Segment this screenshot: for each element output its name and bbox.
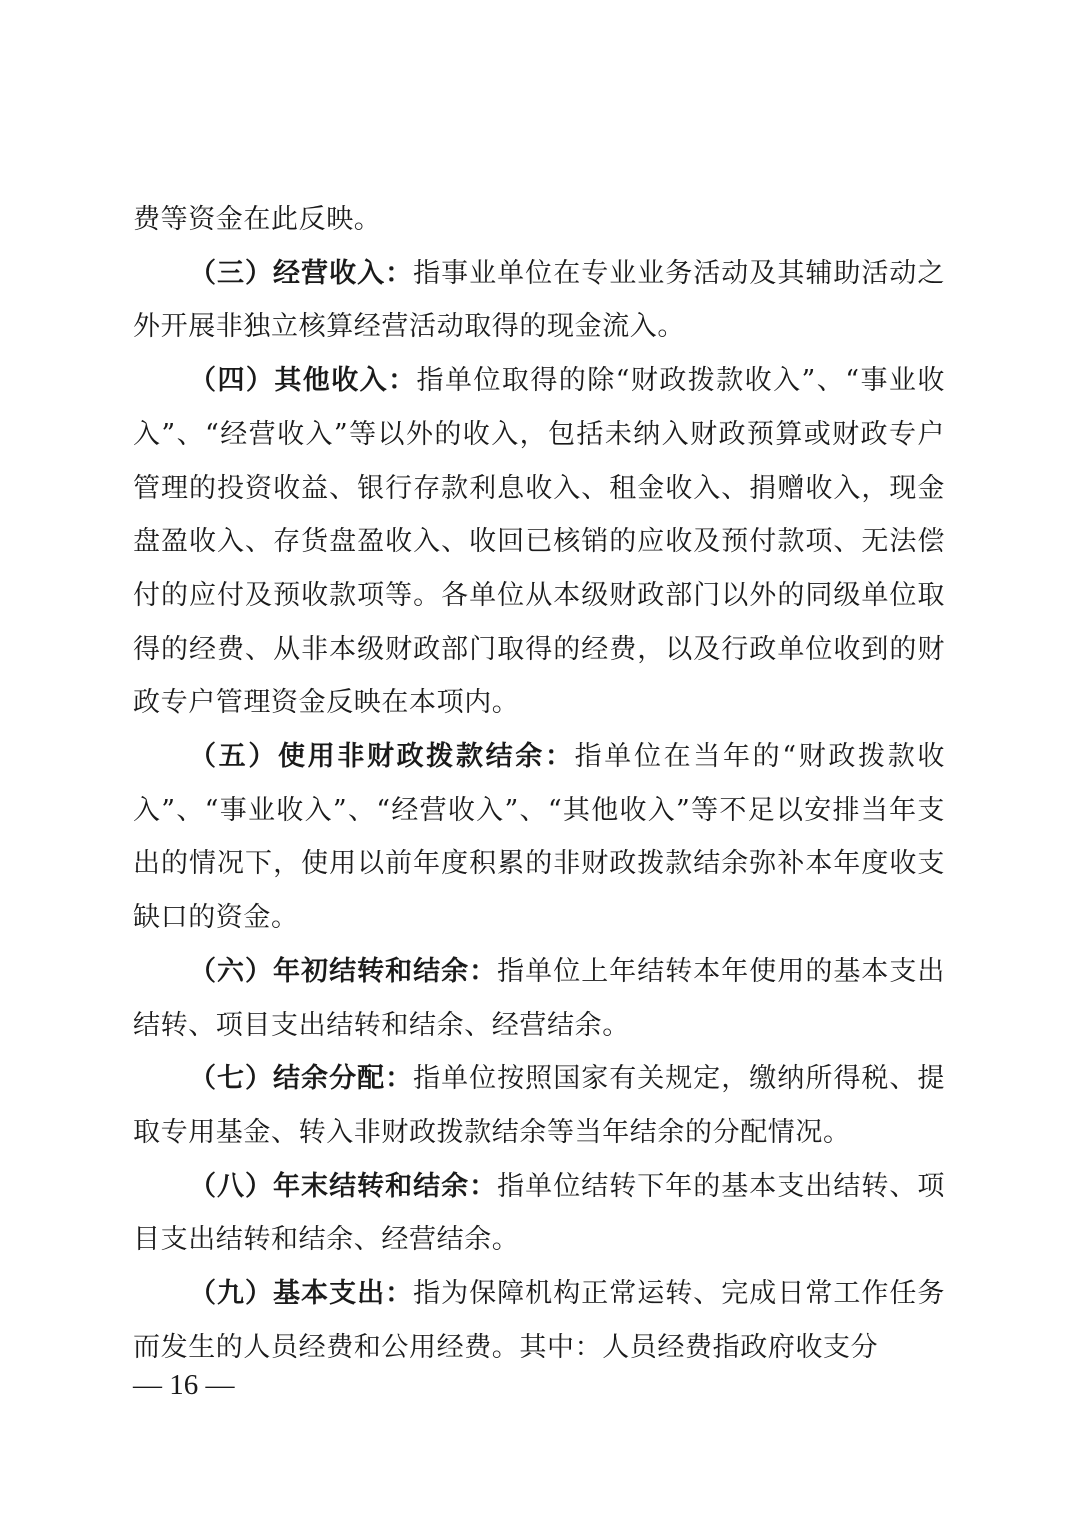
paragraph-body: 费等资金在此反映。 — [133, 204, 381, 235]
paragraph-heading: （六）年初结转和结余： — [189, 956, 497, 987]
paragraph-basic-expenditure: （九）基本支出：指为保障机构正常运转、完成日常工作任务而发生的人员经费和公用经费… — [133, 1267, 945, 1374]
paragraph-other-income: （四）其他收入：指单位取得的除“财政拨款收入”、“事业收入”、“经营收入”等以外… — [133, 354, 945, 730]
paragraph-heading: （八）年末结转和结余： — [189, 1171, 497, 1202]
paragraph-heading: （四）其他收入： — [189, 365, 417, 396]
document-page: 费等资金在此反映。 （三）经营收入：指事业单位在专业业务活动及其辅助活动之外开展… — [133, 193, 945, 1374]
paragraph-heading: （五）使用非财政拨款结余： — [189, 741, 575, 772]
paragraph-opening-carryover: （六）年初结转和结余：指单位上年结转本年使用的基本支出结转、项目支出结转和结余、… — [133, 945, 945, 1052]
paragraph-closing-carryover: （八）年末结转和结余：指单位结转下年的基本支出结转、项目支出结转和结余、经营结余… — [133, 1160, 945, 1267]
paragraph-heading: （七）结余分配： — [189, 1063, 413, 1094]
paragraph-heading: （九）基本支出： — [189, 1278, 413, 1309]
page-number: — 16 — — [133, 1367, 235, 1403]
paragraph-operating-income: （三）经营收入：指事业单位在专业业务活动及其辅助活动之外开展非独立核算经营活动取… — [133, 247, 945, 354]
paragraph-non-fiscal-balance: （五）使用非财政拨款结余：指单位在当年的“财政拨款收入”、“事业收入”、“经营收… — [133, 730, 945, 945]
paragraph-heading: （三）经营收入： — [189, 258, 413, 289]
paragraph-continuation: 费等资金在此反映。 — [133, 193, 945, 247]
paragraph-balance-distribution: （七）结余分配：指单位按照国家有关规定，缴纳所得税、提取专用基金、转入非财政拨款… — [133, 1052, 945, 1159]
paragraph-body: 指单位取得的除“财政拨款收入”、“事业收入”、“经营收入”等以外的收入，包括未纳… — [133, 365, 945, 718]
